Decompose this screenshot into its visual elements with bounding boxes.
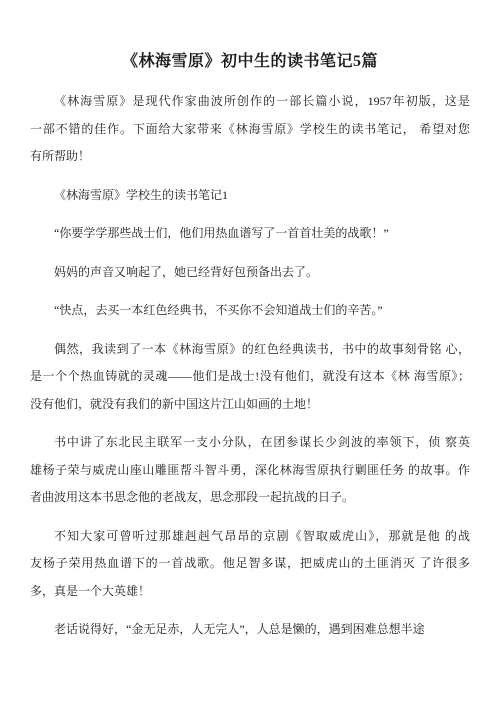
text-line: 《林海雪原》学校生的读书笔记1 bbox=[30, 182, 470, 210]
text-line: 偶然，我读到了一本《林海雪原》的红色经典读书，书中的故事刻骨铭 心， bbox=[30, 336, 470, 364]
paragraph: 偶然，我读到了一本《林海雪原》的红色经典读书，书中的故事刻骨铭 心，是一个个热血… bbox=[30, 336, 470, 419]
text-line: 有所帮助！ bbox=[30, 143, 470, 171]
document-page: 《林海雪原》初中生的读书笔记5篇 《林海雪原》是现代作家曲波所创作的一部长篇小说… bbox=[0, 0, 500, 704]
paragraph: 《林海雪原》学校生的读书笔记1 bbox=[30, 182, 470, 210]
text-line: 书中讲了东北民主联军一支小分队，在团参谋长少剑波的率领下，侦 察英 bbox=[30, 429, 470, 457]
text-line: 一部不错的佳作。下面给大家带来《林海雪原》学校生的读书笔记， 希望对您 bbox=[30, 116, 470, 144]
text-line: 雄杨子荣与威虎山座山雕匪帮斗智斗勇，深化林海雪原执行剿匪任务 的故事。作 bbox=[30, 457, 470, 485]
paragraph: 妈妈的声音又响起了，她已经背好包预备出去了。 bbox=[30, 259, 470, 287]
paragraph: 《林海雪原》是现代作家曲波所创作的一部长篇小说，1957年初版，这是一部不错的佳… bbox=[30, 88, 470, 171]
paragraph: 老话说得好，“金无足赤，人无完人”，人总是懒的，遇到困难总想半途 bbox=[30, 616, 470, 644]
text-line: 《林海雪原》是现代作家曲波所创作的一部长篇小说，1957年初版，这是 bbox=[30, 88, 470, 116]
document-body: 《林海雪原》是现代作家曲波所创作的一部长篇小说，1957年初版，这是一部不错的佳… bbox=[30, 88, 470, 644]
text-line: 友杨子荣用热血谱下的一首战歌。他足智多谋，把威虎山的土匪消灭 了许很多 bbox=[30, 550, 470, 578]
text-line: “快点，去买一本红色经典书，不买你不会知道战士们的辛苦。” bbox=[30, 297, 470, 325]
paragraph: 书中讲了东北民主联军一支小分队，在团参谋长少剑波的率领下，侦 察英雄杨子荣与威虎… bbox=[30, 429, 470, 512]
paragraph: 不知大家可曾听过那雄赳赳气昂昂的京剧《智取威虎山》，那就是他 的战友杨子荣用热血… bbox=[30, 523, 470, 606]
text-line: 是一个个热血铸就的灵魂——他们是战士!没有他们，就没有这本《林 海雪原》； bbox=[30, 363, 470, 391]
text-line: 多，真是一个大英雄！ bbox=[30, 578, 470, 606]
text-line: “你要学学那些战士们，他们用热血谱写了一首首壮美的战歌！” bbox=[30, 220, 470, 248]
paragraph: “你要学学那些战士们，他们用热血谱写了一首首壮美的战歌！” bbox=[30, 220, 470, 248]
text-line: 者曲波用这本书思念他的老战友，思念那段一起抗战的日子。 bbox=[30, 484, 470, 512]
paragraph: “快点，去买一本红色经典书，不买你不会知道战士们的辛苦。” bbox=[30, 297, 470, 325]
text-line: 妈妈的声音又响起了，她已经背好包预备出去了。 bbox=[30, 259, 470, 287]
text-line: 没有他们，就没有我们的新中国这片江山如画的土地！ bbox=[30, 391, 470, 419]
text-line: 老话说得好，“金无足赤，人无完人”，人总是懒的，遇到困难总想半途 bbox=[30, 616, 470, 644]
page-title: 《林海雪原》初中生的读书笔记5篇 bbox=[30, 50, 470, 74]
text-line: 不知大家可曾听过那雄赳赳气昂昂的京剧《智取威虎山》，那就是他 的战 bbox=[30, 523, 470, 551]
